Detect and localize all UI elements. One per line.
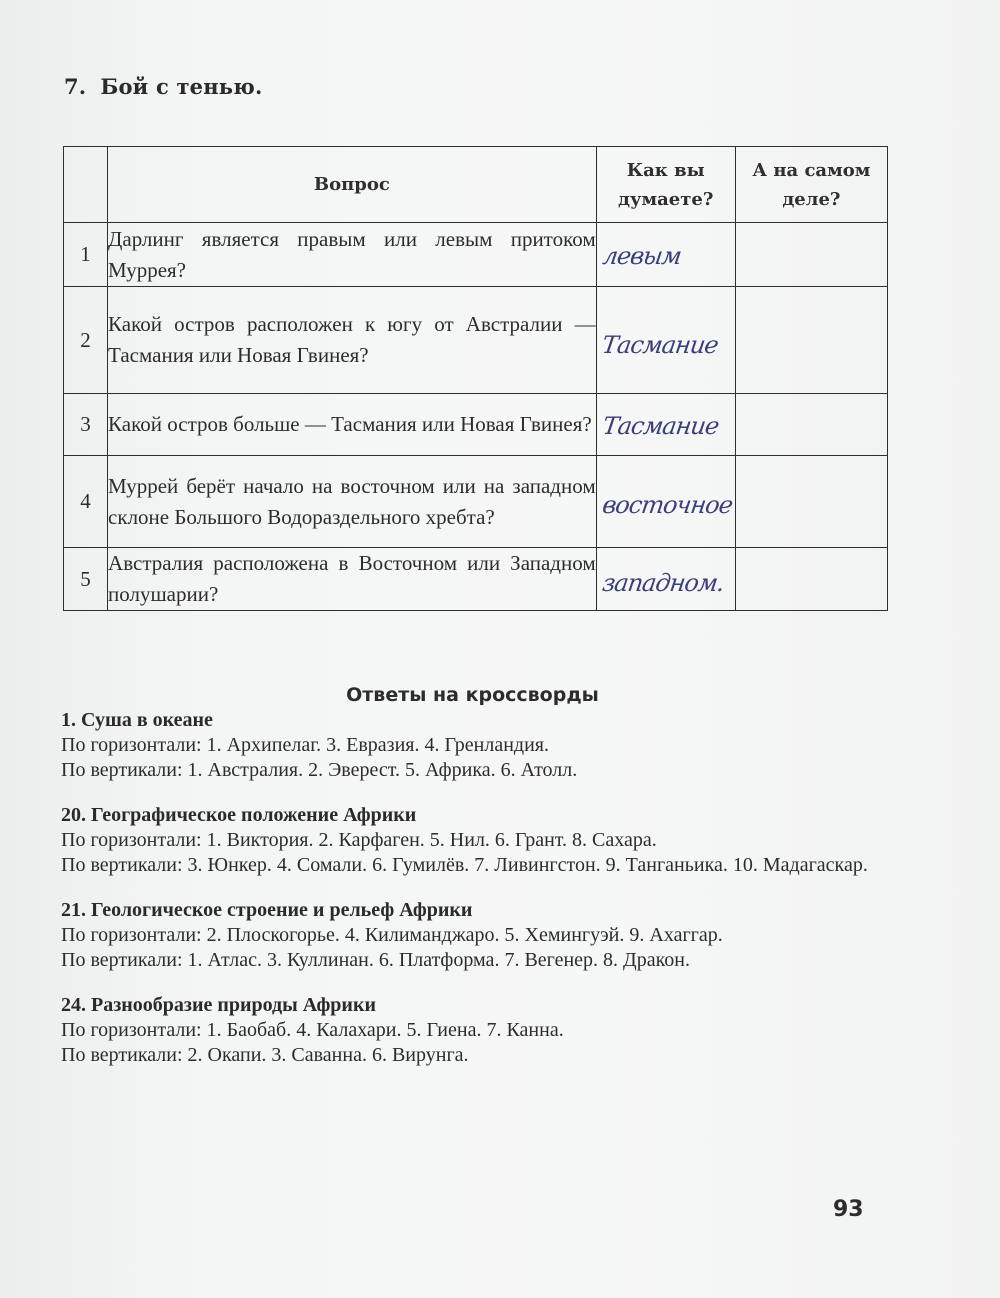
answer-line-horizontal: По горизонтали: 1. Архипелаг. 3. Евразия…	[61, 733, 921, 758]
handwritten-answer: Тасмание	[594, 321, 721, 359]
crossword-answers-heading: Ответы на кроссворды	[0, 684, 945, 706]
header-number	[64, 147, 108, 223]
table-row: 1 Дарлинг является правым или левым прит…	[64, 223, 888, 287]
header-guess-label: Как вы думаете?	[618, 160, 713, 210]
section-title: 20. Географическое положение Африки	[61, 803, 921, 828]
section-title: 1. Суша в океане	[61, 708, 921, 733]
answer-line-vertical: По вертикали: 1. Австралия. 2. Эверест. …	[61, 758, 921, 783]
task-title: 7.Бой с тенью.	[64, 74, 263, 99]
row-number: 4	[64, 456, 108, 548]
header-question: Вопрос	[108, 147, 597, 223]
row-guess-cell[interactable]: левым	[596, 223, 735, 287]
row-guess-cell[interactable]: Тасмание	[596, 287, 735, 394]
row-fact-cell[interactable]	[735, 223, 887, 287]
handwritten-answer: левым	[595, 240, 683, 270]
table-row: 4 Муррей берёт начало на восточном или н…	[64, 456, 888, 548]
row-question: Какой остров больше — Тасмания или Новая…	[108, 394, 597, 456]
table-header-row: Вопрос Как вы думаете? А на самом деле?	[64, 147, 888, 223]
header-guess: Как вы думаете?	[596, 147, 735, 223]
answer-section: 20. Географическое положение Африки По г…	[61, 803, 921, 878]
row-fact-cell[interactable]	[735, 394, 887, 456]
workbook-page: 7.Бой с тенью. Вопрос Как вы думаете? А …	[0, 0, 1000, 1298]
crossword-answers: 1. Суша в океане По горизонтали: 1. Архи…	[61, 708, 921, 1088]
answer-section: 1. Суша в океане По горизонтали: 1. Архи…	[61, 708, 921, 783]
row-guess-cell[interactable]: Тасмание	[596, 394, 735, 456]
quiz-table: Вопрос Как вы думаете? А на самом деле? …	[63, 146, 888, 611]
page-number: 93	[833, 1197, 864, 1222]
answer-line-vertical: По вертикали: 2. Окапи. 3. Саванна. 6. В…	[61, 1043, 921, 1068]
row-question: Муррей берёт начало на восточном или на …	[108, 456, 597, 548]
table-row: 3 Какой остров больше — Тасмания или Нов…	[64, 394, 888, 456]
row-question: Австралия расположена в Восточном или За…	[108, 548, 597, 611]
answer-section: 24. Разнообразие природы Африки По гориз…	[61, 993, 921, 1068]
task-number: 7.	[64, 74, 86, 99]
answer-line-horizontal: По горизонтали: 2. Плоскогорье. 4. Килим…	[61, 923, 921, 948]
task-title-text: Бой с тенью.	[100, 74, 262, 99]
row-fact-cell[interactable]	[735, 456, 887, 548]
answer-line-horizontal: По горизонтали: 1. Виктория. 2. Карфаген…	[61, 828, 921, 853]
row-number: 5	[64, 548, 108, 611]
handwritten-answer: восточное	[594, 485, 734, 519]
row-guess-cell[interactable]: западном.	[596, 548, 735, 611]
section-title: 21. Геологическое строение и рельеф Афри…	[61, 898, 921, 923]
table-row: 5 Австралия расположена в Восточном или …	[64, 548, 888, 611]
answer-line-vertical: По вертикали: 3. Юнкер. 4. Сомали. 6. Гу…	[61, 853, 921, 878]
answer-section: 21. Геологическое строение и рельеф Афри…	[61, 898, 921, 973]
answer-line-vertical: По вертикали: 1. Атлас. 3. Куллинан. 6. …	[61, 948, 921, 973]
handwritten-answer: западном.	[594, 561, 726, 597]
row-number: 2	[64, 287, 108, 394]
header-fact: А на самом деле?	[735, 147, 887, 223]
row-question: Дарлинг является правым или левым приток…	[108, 223, 597, 287]
table-row: 2 Какой остров расположен к югу от Австр…	[64, 287, 888, 394]
answer-line-horizontal: По горизонтали: 1. Баобаб. 4. Калахари. …	[61, 1018, 921, 1043]
handwritten-answer: Тасмание	[595, 410, 721, 440]
row-fact-cell[interactable]	[735, 287, 887, 394]
row-fact-cell[interactable]	[735, 548, 887, 611]
row-number: 3	[64, 394, 108, 456]
header-fact-label: А на самом деле?	[752, 160, 870, 210]
row-question: Какой остров расположен к югу от Австрал…	[108, 287, 597, 394]
row-number: 1	[64, 223, 108, 287]
section-title: 24. Разнообразие природы Африки	[61, 993, 921, 1018]
row-guess-cell[interactable]: восточное	[596, 456, 735, 548]
